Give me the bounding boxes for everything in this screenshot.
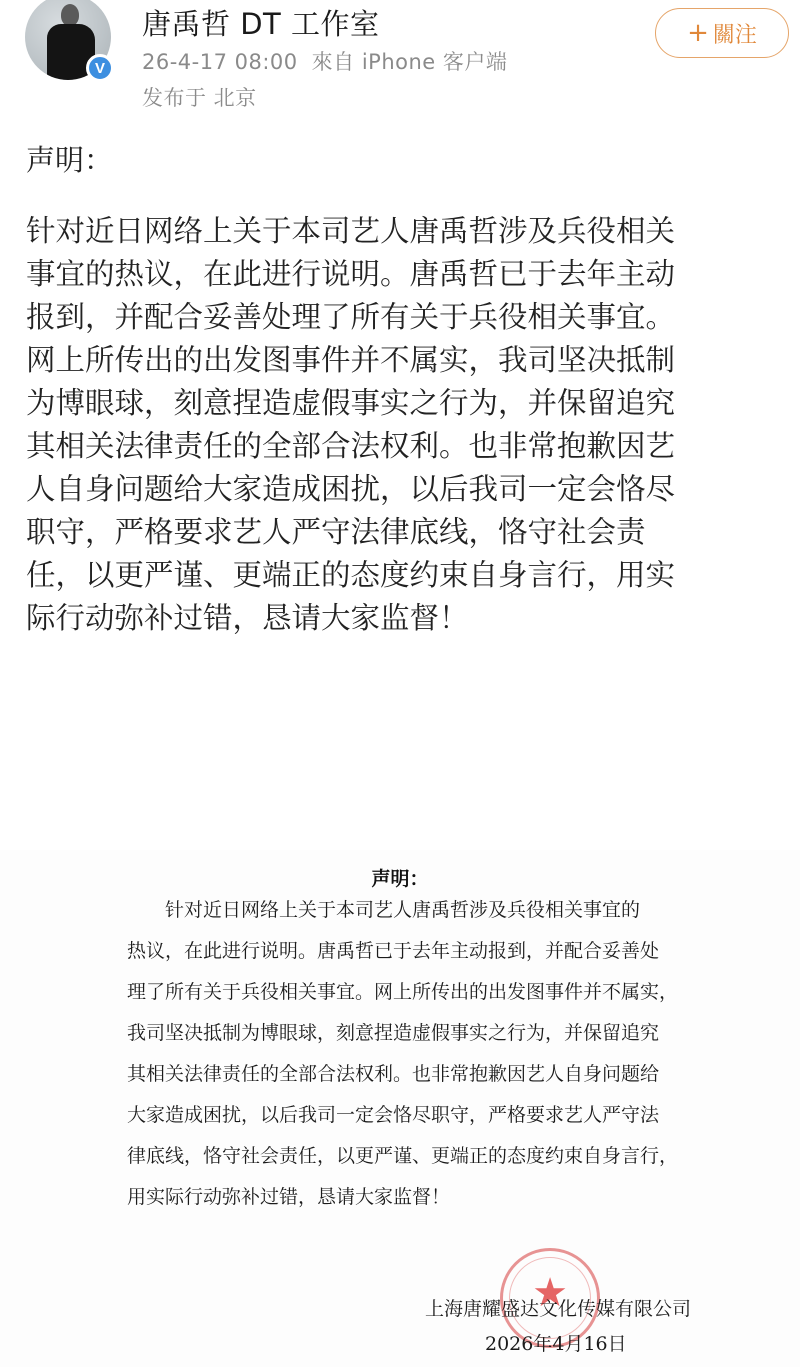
document-line: 用实际行动弥补过错，恳请大家监督！ (127, 1177, 687, 1218)
document-line: 热议，在此进行说明。唐禹哲已于去年主动报到，并配合妥善处 (127, 931, 687, 972)
document-title: 声明： (0, 864, 800, 891)
post-meta: 26-4-17 08:00來自 iPhone 客户端 (142, 46, 507, 76)
document-line: 其相关法律责任的全部合法权利。也非常抱歉因艺人自身问题给 (127, 1054, 687, 1095)
plus-icon: + (687, 20, 709, 46)
post-timestamp: 26-4-17 08:00 (142, 50, 298, 74)
post-body-line: 网上所传出的出发图事件并不属实，我司坚决抵制 (26, 339, 786, 382)
follow-button[interactable]: + 關注 (655, 8, 789, 58)
follow-button-label: 關注 (713, 18, 757, 49)
post-body-line: 针对近日网络上关于本司艺人唐禹哲涉及兵役相关 (26, 210, 786, 253)
document-line: 我司坚决抵制为博眼球，刻意捏造虚假事实之行为，并保留追究 (127, 1013, 687, 1054)
post-location: 发布于 北京 (142, 82, 257, 112)
post-body: 针对近日网络上关于本司艺人唐禹哲涉及兵役相关 事宜的热议，在此进行说明。唐禹哲已… (26, 210, 786, 640)
post-title: 声明： (26, 138, 113, 179)
post-body-line: 职守，严格要求艺人严守法律底线，恪守社会责 (26, 511, 786, 554)
post-body-line: 际行动弥补过错，恳请大家监督！ (26, 597, 786, 640)
post-body-line: 任，以更严谨、更端正的态度约束自身言行，用实 (26, 554, 786, 597)
avatar-figure-head (61, 4, 79, 26)
post-header: V 唐禹哲 DT 工作室 26-4-17 08:00來自 iPhone 客户端 … (0, 0, 800, 120)
document-line: 大家造成困扰，以后我司一定会恪尽职守，严格要求艺人严守法 (127, 1095, 687, 1136)
account-name[interactable]: 唐禹哲 DT 工作室 (142, 2, 379, 43)
document-line: 针对近日网络上关于本司艺人唐禹哲涉及兵役相关事宜的 (127, 890, 687, 931)
post-body-line: 事宜的热议，在此进行说明。唐禹哲已于去年主动 (26, 253, 786, 296)
post-source: 來自 iPhone 客户端 (312, 50, 508, 74)
post-body-line: 其相关法律责任的全部合法权利。也非常抱歉因艺 (26, 425, 786, 468)
post-body-line: 为博眼球，刻意捏造虚假事实之行为，并保留追究 (26, 382, 786, 425)
document-body: 针对近日网络上关于本司艺人唐禹哲涉及兵役相关事宜的 热议，在此进行说明。唐禹哲已… (127, 890, 687, 1218)
document-date: 2026年4月16日 (485, 1329, 627, 1356)
statement-document-image[interactable]: 声明： 针对近日网络上关于本司艺人唐禹哲涉及兵役相关事宜的 热议，在此进行说明。… (0, 850, 800, 1367)
document-line: 律底线，恪守社会责任，以更严谨、更端正的态度约束自身言行， (127, 1136, 687, 1177)
post-body-line: 人自身问题给大家造成困扰，以后我司一定会恪尽 (26, 468, 786, 511)
post-body-line: 报到，并配合妥善处理了所有关于兵役相关事宜。 (26, 296, 786, 339)
verified-badge-icon: V (86, 54, 114, 82)
document-line: 理了所有关于兵役相关事宜。网上所传出的出发图事件并不属实， (127, 972, 687, 1013)
company-signature: 上海唐耀盛达文化传媒有限公司 (425, 1294, 691, 1321)
